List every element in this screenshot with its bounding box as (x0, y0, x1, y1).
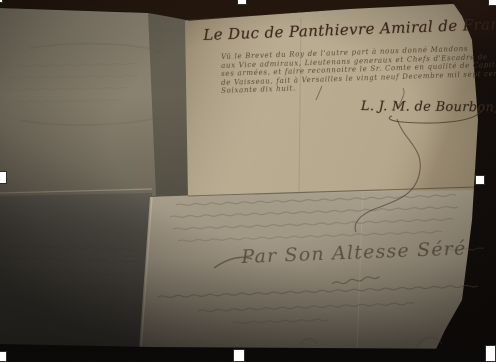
selection-handle-top-right[interactable] (488, 0, 496, 6)
selection-handle-top-left[interactable] (0, 0, 3, 3)
selection-handle-right-middle[interactable] (475, 175, 485, 185)
selection-handle-top-middle[interactable] (237, 0, 247, 5)
selection-handle-bottom-middle[interactable] (233, 349, 245, 362)
selection-handle-bottom-right[interactable] (485, 345, 496, 362)
signature-bourbon: L. J. M. de Bourbon, (361, 99, 496, 115)
selection-handle-bottom-left[interactable] (0, 351, 7, 362)
selection-handle-left-middle[interactable] (0, 171, 7, 184)
manuscript-photo[interactable]: Le Duc de Panthievre Amiral de France, V… (0, 0, 496, 362)
